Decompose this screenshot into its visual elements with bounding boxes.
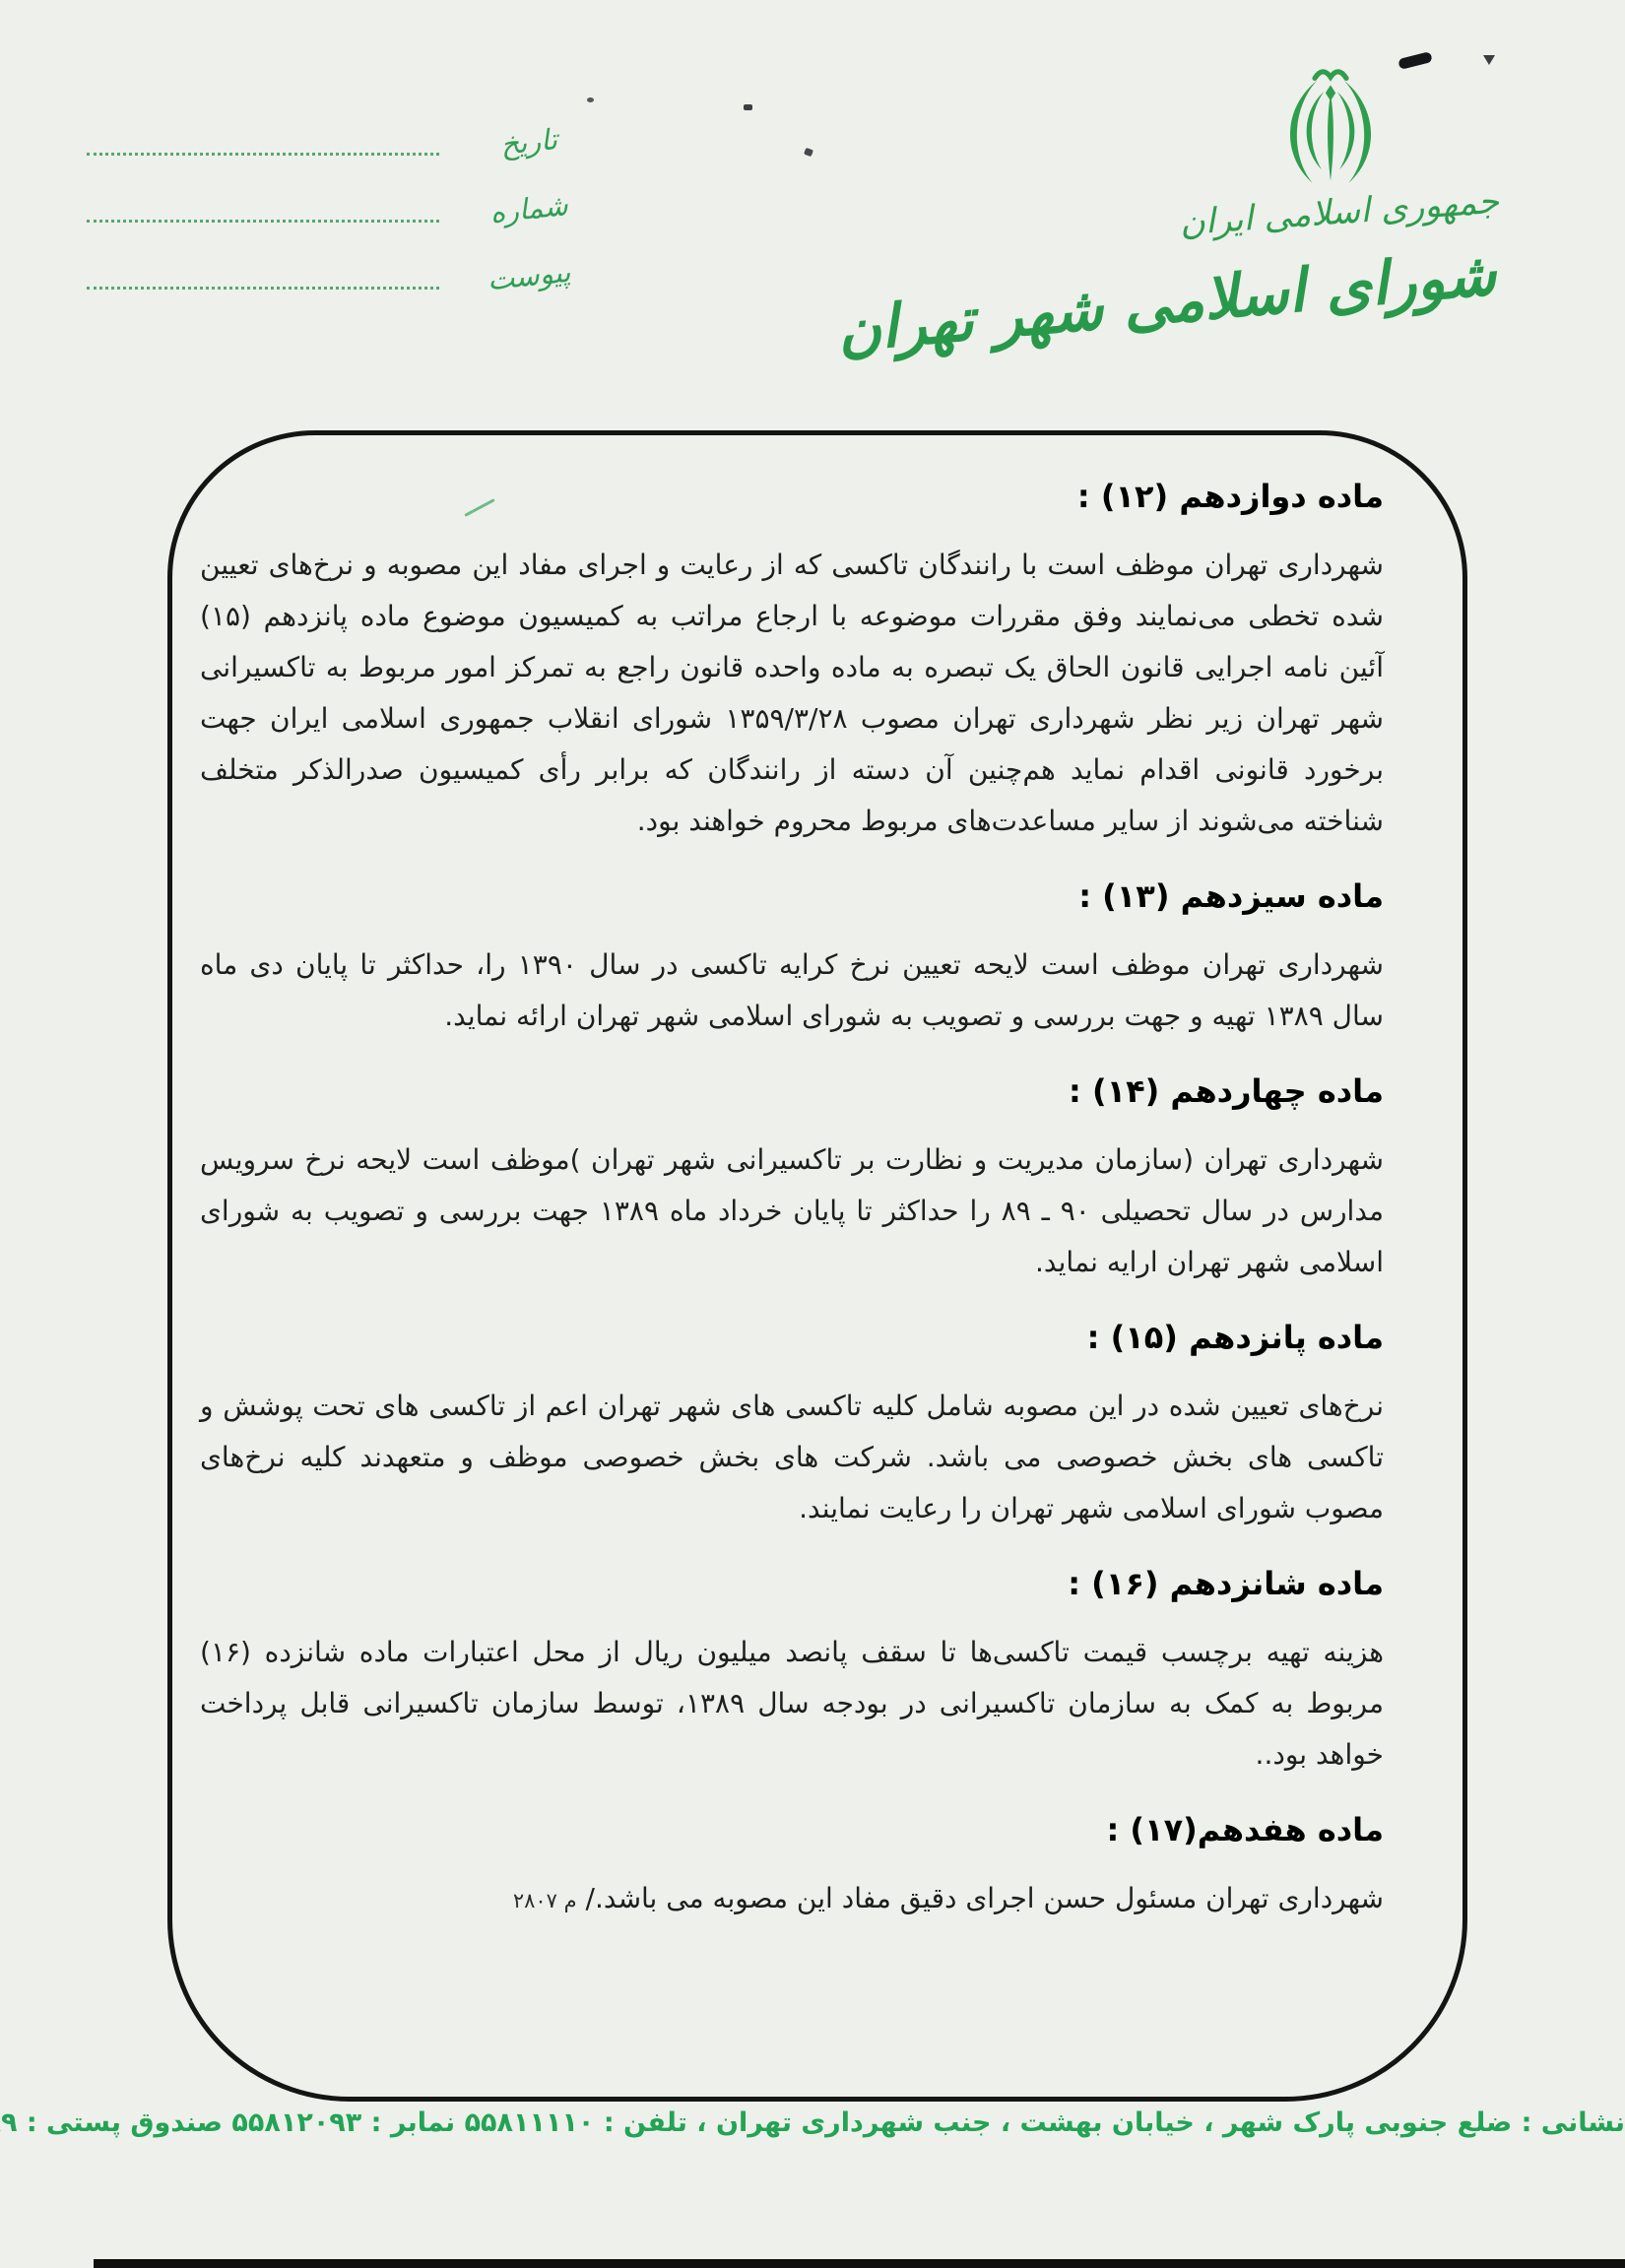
- scan-artifact-speck: [744, 104, 752, 110]
- article-body: شهرداری تهران مسئول حسن اجرای دقیق مفاد …: [200, 1873, 1384, 1926]
- article-heading: ماده دوازدهم (۱۲) :: [200, 475, 1384, 518]
- number-dotted-line: [87, 189, 439, 223]
- article-body: شهرداری تهران موظف است با رانندگان تاکسی…: [200, 540, 1384, 847]
- article-heading: ماده چهاردهم (۱۴) :: [200, 1069, 1384, 1113]
- article-17: ماده هفدهم(۱۷) : شهرداری تهران مسئول حسن…: [200, 1808, 1384, 1926]
- attachment-dotted-line: [87, 256, 439, 290]
- scan-artifact-triangle: [1483, 55, 1495, 65]
- article-15: ماده پانزدهم (۱۵) : نرخ‌های تعیین شده در…: [200, 1316, 1384, 1534]
- meta-fields: تاریخ شماره پیوست: [87, 110, 571, 311]
- iran-emblem-icon: [1273, 67, 1388, 191]
- article-heading: ماده پانزدهم (۱۵) :: [200, 1316, 1384, 1359]
- number-label: شماره: [485, 185, 573, 233]
- scan-artifact-speck: [587, 97, 594, 102]
- article-heading: ماده سیزدهم (۱۳) :: [200, 875, 1384, 918]
- article-12: ماده دوازدهم (۱۲) : شهرداری تهران موظف ا…: [200, 475, 1384, 847]
- article-14: ماده چهاردهم (۱۴) : شهرداری تهران (سازما…: [200, 1069, 1384, 1288]
- article-body: نرخ‌های تعیین شده در این مصوبه شامل کلیه…: [200, 1381, 1384, 1534]
- article-body: شهرداری تهران موظف است لایحه تعیین نرخ ک…: [200, 940, 1384, 1042]
- article-13: ماده سیزدهم (۱۳) : شهرداری تهران موظف اس…: [200, 875, 1384, 1042]
- attachment-label: پیوست: [485, 252, 573, 300]
- article-body-suffix: م ۲۸۰۷: [513, 1889, 577, 1912]
- page-root: { "page": { "paper_color": "#eef0eb", "i…: [0, 0, 1625, 2268]
- article-body: شهرداری تهران (سازمان مدیریت و نظارت بر …: [200, 1134, 1384, 1288]
- article-body-text: شهرداری تهران مسئول حسن اجرای دقیق مفاد …: [586, 1882, 1384, 1914]
- bottom-scan-edge: [94, 2259, 1625, 2268]
- number-field-row: شماره: [87, 177, 571, 228]
- article-heading: ماده هفدهم(۱۷) :: [200, 1808, 1384, 1851]
- content-frame: ماده دوازدهم (۱۲) : شهرداری تهران موظف ا…: [167, 430, 1467, 2102]
- date-dotted-line: [87, 122, 439, 156]
- date-field-row: تاریخ: [87, 110, 571, 162]
- footer-address: نشانی : ضلع جنوبی پارک شهر ، خیابان بهشت…: [0, 2107, 1625, 2138]
- article-heading: ماده شانزدهم (۱۶) :: [200, 1562, 1384, 1605]
- article-16: ماده شانزدهم (۱۶) : هزینه تهیه برچسب قیم…: [200, 1562, 1384, 1781]
- attachment-field-row: پیوست: [87, 244, 571, 295]
- date-label: تاریخ: [485, 118, 573, 166]
- article-body: هزینه تهیه برچسب قیمت تاکسی‌ها تا سقف پا…: [200, 1627, 1384, 1781]
